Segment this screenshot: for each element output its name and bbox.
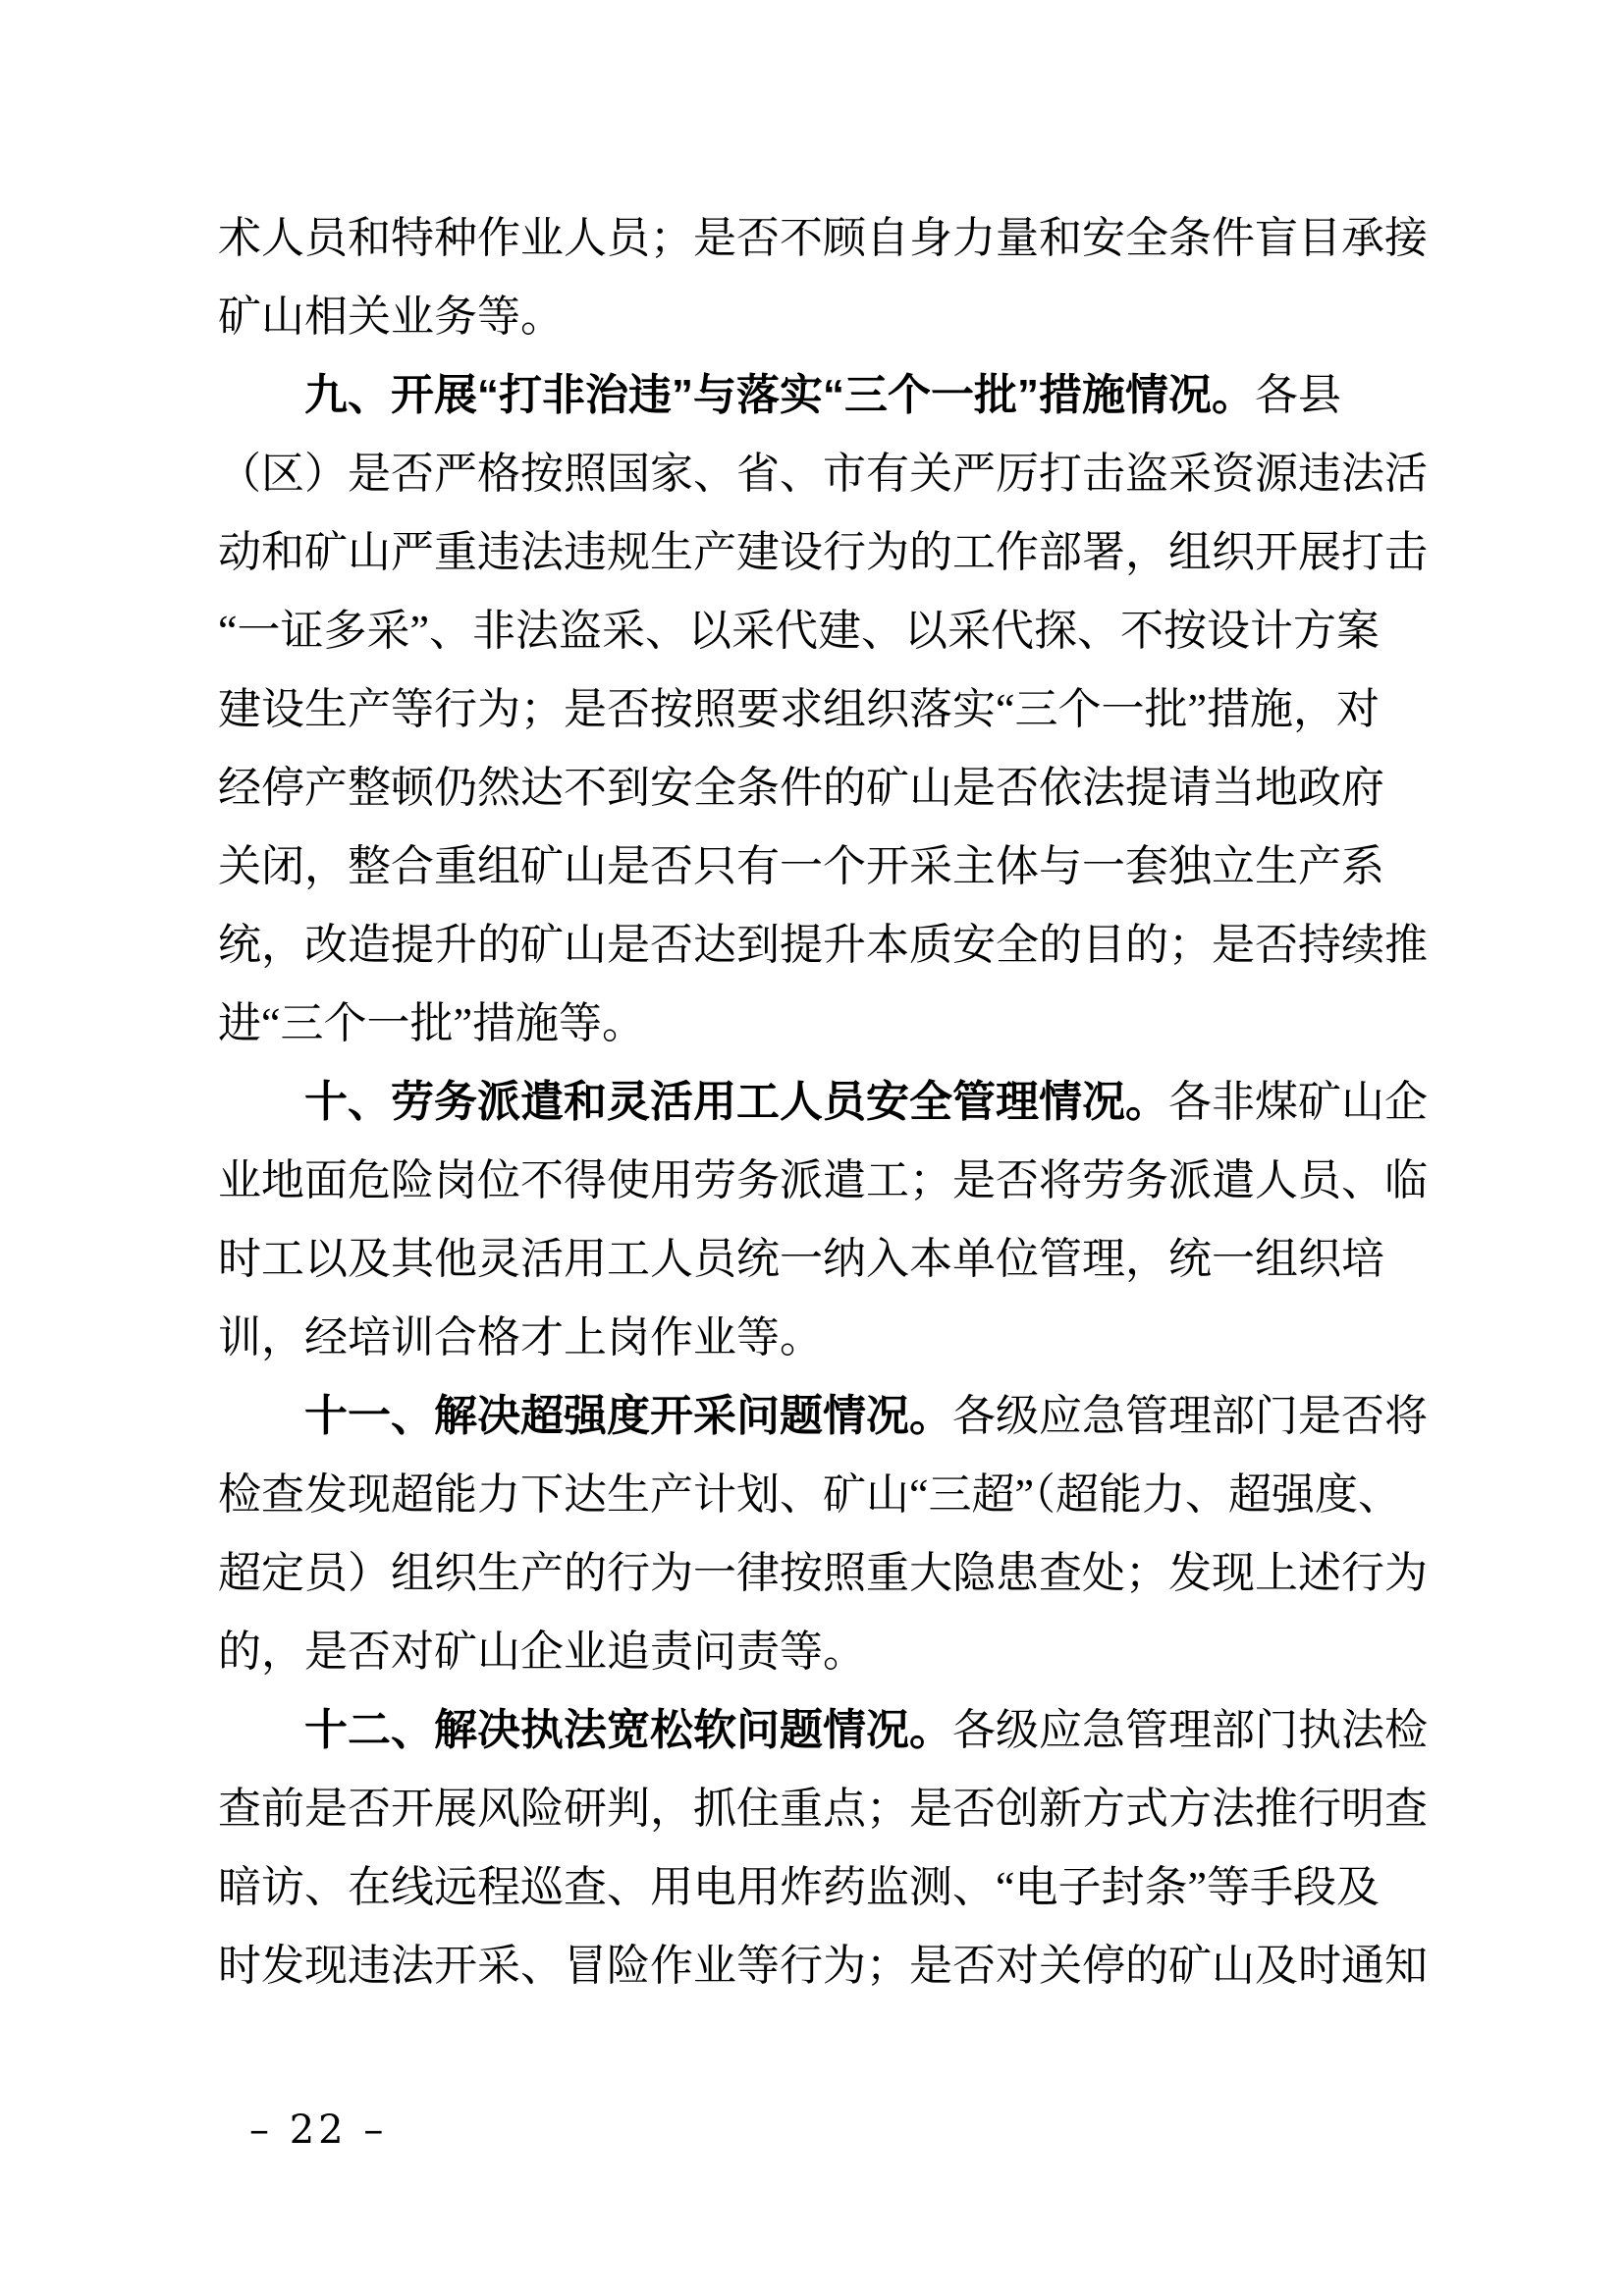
body-text-run: 暗访、在线远程巡查、用电用炸药监测、“电子封条”等手段及 [218,1863,1380,1911]
body-text-run: 经停产整顿仍然达不到安全条件的矿山是否依法提请当地政府 [218,764,1384,812]
body-text-run: 各级应急管理部门是否将 [952,1392,1428,1440]
heading-text-run: 九、开展“打非治违”与落实“三个一批”措施情况。 [304,371,1255,419]
text-line: 十一、解决超强度开采问题情况。各级应急管理部门是否将 [218,1377,1432,1456]
body-text-run: 关闭，整合重组矿山是否只有一个开采主体与一套独立生产系 [218,842,1384,890]
body-text-run: “一证多采”、非法盗采、以采代建、以采代探、不按设计方案 [218,607,1380,655]
text-line: 十、劳务派遣和灵活用工人员安全管理情况。各非煤矿山企 [218,1063,1432,1142]
text-line: 超定员）组织生产的行为一律按照重大隐患查处；发现上述行为 [218,1534,1432,1613]
text-line: 九、开展“打非治违”与落实“三个一批”措施情况。各县 [218,356,1432,435]
page-number: – 22 – [249,2107,387,2154]
text-line: 经停产整顿仍然达不到安全条件的矿山是否依法提请当地政府 [218,749,1432,828]
body-text-run: 矿山相关业务等。 [218,293,564,341]
heading-text-run: 十一、解决超强度开采问题情况。 [304,1392,952,1440]
text-line: 建设生产等行为；是否按照要求组织落实“三个一批”措施，对 [218,670,1432,749]
body-text-run: 的，是否对矿山企业追责问责等。 [218,1628,866,1676]
body-text-run: 查前是否开展风险研判，抓住重点；是否创新方式方法推行明查 [218,1785,1428,1833]
body-text-run: 术人员和特种作业人员；是否不顾自身力量和安全条件盲目承接 [218,214,1428,262]
body-text-run: 各级应急管理部门执法检 [952,1706,1428,1754]
text-line: 查前是否开展风险研判，抓住重点；是否创新方式方法推行明查 [218,1770,1432,1848]
body-text-run: 检查发现超能力下达生产计划、矿山“三超”（超能力、超强度、 [218,1470,1401,1519]
body-text-run: 业地面危险岗位不得使用劳务派遣工；是否将劳务派遣人员、临 [218,1156,1428,1204]
body-text-run: 统，改造提升的矿山是否达到提升本质安全的目的；是否持续推 [218,921,1428,969]
text-line: 训，经培训合格才上岗作业等。 [218,1299,1432,1377]
document-page: 术人员和特种作业人员；是否不顾自身力量和安全条件盲目承接矿山相关业务等。九、开展… [0,0,1624,2296]
body-text-run: （区）是否严格按照国家、省、市有关严厉打击盗采资源违法活 [218,450,1428,498]
text-line: 检查发现超能力下达生产计划、矿山“三超”（超能力、超强度、 [218,1456,1432,1534]
text-line: 时发现违法开采、冒险作业等行为；是否对关停的矿山及时通知 [218,1927,1432,2005]
body-text-run: 建设生产等行为；是否按照要求组织落实“三个一批”措施，对 [218,685,1380,733]
text-line: 十二、解决执法宽松软问题情况。各级应急管理部门执法检 [218,1691,1432,1770]
document-body: 术人员和特种作业人员；是否不顾自身力量和安全条件盲目承接矿山相关业务等。九、开展… [218,199,1432,2005]
text-line: 的，是否对矿山企业追责问责等。 [218,1613,1432,1691]
body-text-run: 动和矿山严重违法违规生产建设行为的工作部署，组织开展打击 [218,528,1428,576]
text-line: 术人员和特种作业人员；是否不顾自身力量和安全条件盲目承接 [218,199,1432,278]
body-text-run: 时工以及其他灵活用工人员统一纳入本单位管理，统一组织培 [218,1235,1384,1283]
text-line: 进“三个一批”措施等。 [218,985,1432,1063]
text-line: 业地面危险岗位不得使用劳务派遣工；是否将劳务派遣人员、临 [218,1142,1432,1220]
text-line: “一证多采”、非法盗采、以采代建、以采代探、不按设计方案 [218,592,1432,670]
text-line: 统，改造提升的矿山是否达到提升本质安全的目的；是否持续推 [218,906,1432,985]
body-text-run: 训，经培训合格才上岗作业等。 [218,1313,823,1362]
text-line: 动和矿山严重违法违规生产建设行为的工作部署，组织开展打击 [218,513,1432,592]
text-line: 关闭，整合重组矿山是否只有一个开采主体与一套独立生产系 [218,828,1432,906]
heading-text-run: 十二、解决执法宽松软问题情况。 [304,1706,952,1754]
text-line: 矿山相关业务等。 [218,278,1432,356]
body-text-run: 时发现违法开采、冒险作业等行为；是否对关停的矿山及时通知 [218,1942,1428,1990]
text-line: 时工以及其他灵活用工人员统一纳入本单位管理，统一组织培 [218,1220,1432,1299]
body-text-run: 进“三个一批”措施等。 [218,999,645,1047]
text-line: 暗访、在线远程巡查、用电用炸药监测、“电子封条”等手段及 [218,1848,1432,1927]
body-text-run: 超定员）组织生产的行为一律按照重大隐患查处；发现上述行为 [218,1549,1428,1597]
text-line: （区）是否严格按照国家、省、市有关严厉打击盗采资源违法活 [218,435,1432,513]
body-text-run: 各县 [1255,371,1341,419]
body-text-run: 各非煤矿山企 [1168,1078,1428,1126]
heading-text-run: 十、劳务派遣和灵活用工人员安全管理情况。 [304,1078,1168,1126]
